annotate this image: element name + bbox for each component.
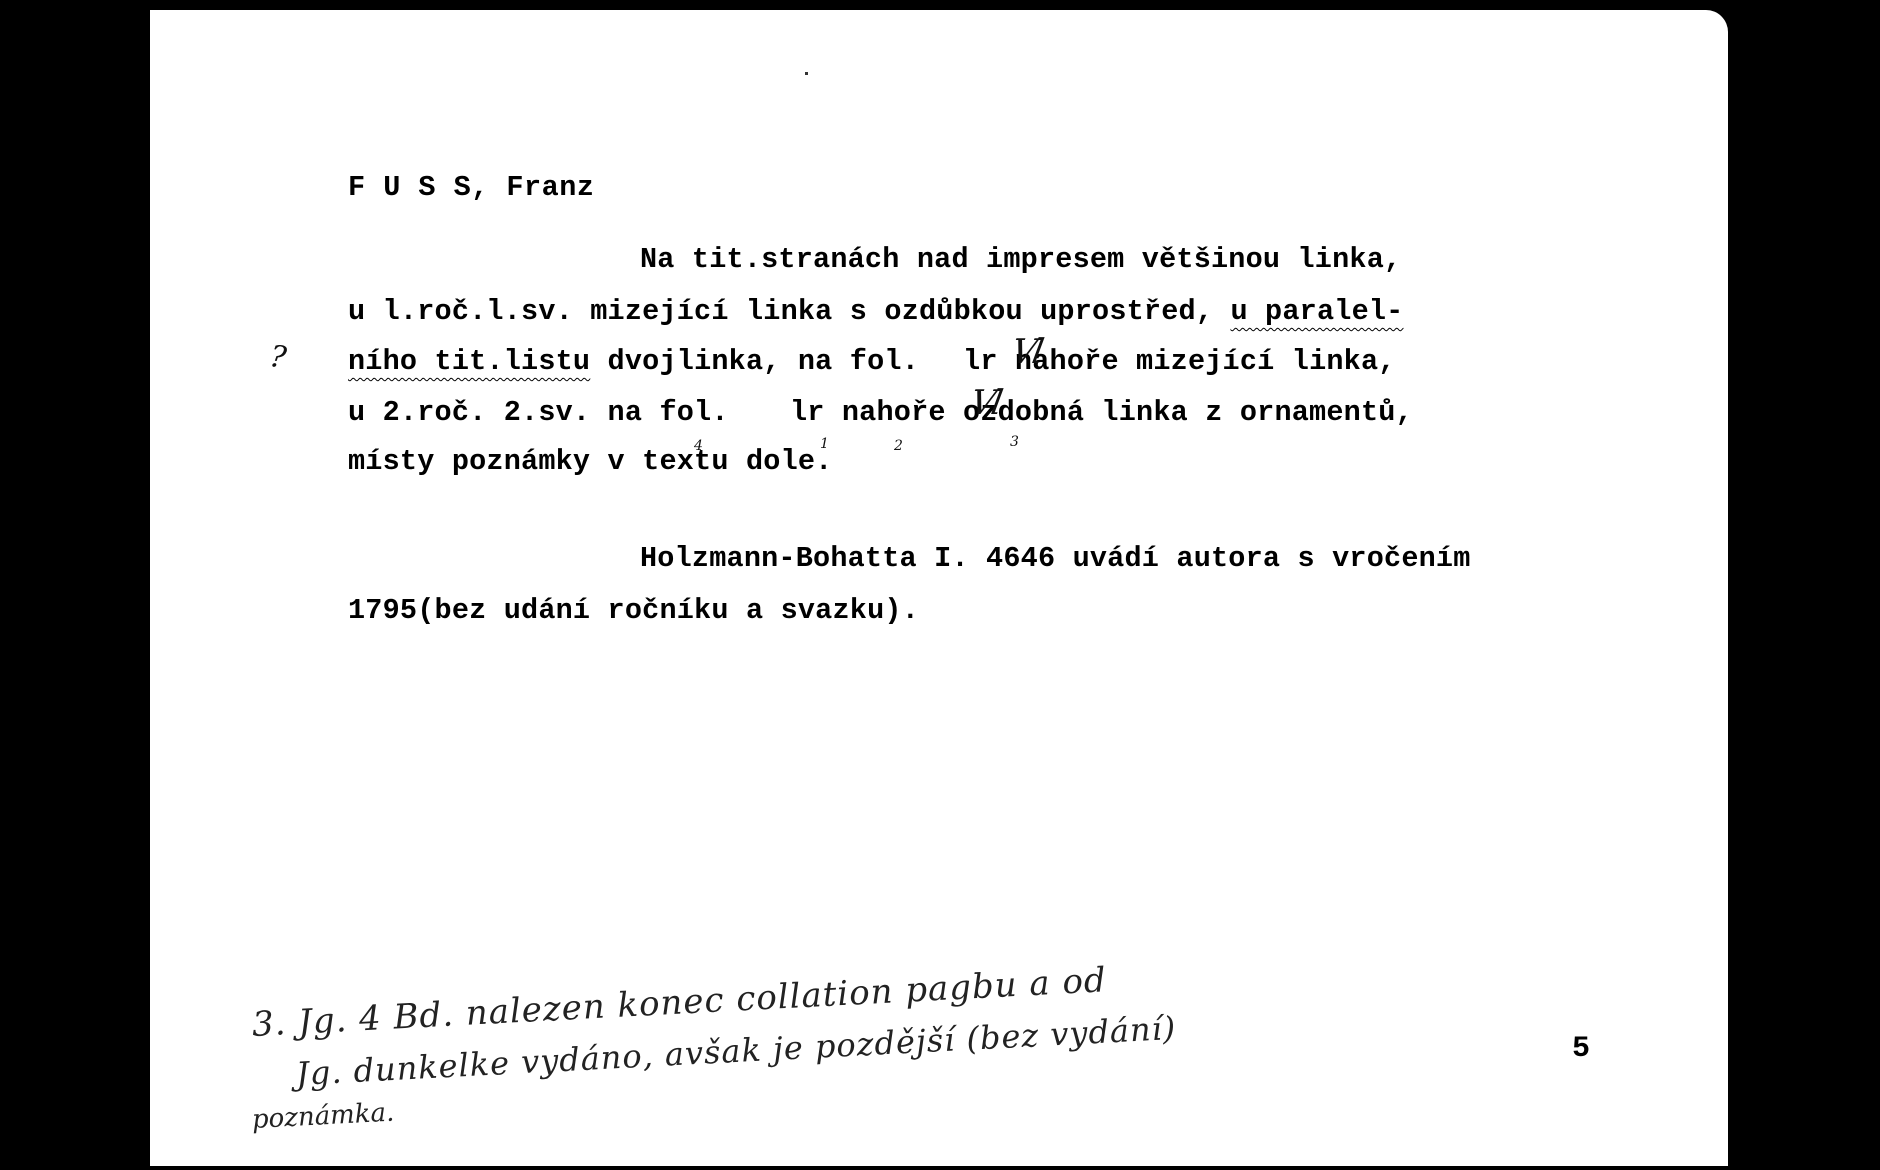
catalog-card: F U S S, Franz Na tit.stranách nad impre… [150,10,1728,1166]
paragraph1-line4-tail: lr nahoře ozdobná linka z ornamentů, [773,396,1413,429]
handwritten-note-line3: poznámka. [251,1098,395,1135]
wavy-underlined-text: u paralel- [1230,295,1403,328]
handwritten-question-mark: ? [268,339,289,376]
paragraph1-line4: u 2.roč. 2.sv. na fol. lr nahoře ozdobná… [348,399,1413,428]
paragraph1-line2-text: u l.roč.l.sv. mizející linka s ozdůbkou … [348,295,1230,328]
paragraph1-line5: místy poznámky v textu dole. [348,448,832,477]
paragraph1-line2: u l.roč.l.sv. mizející linka s ozdůbkou … [348,298,1403,327]
handwritten-order-number: 4 [694,438,703,454]
page-number: 5 [1572,1032,1590,1066]
paragraph1-line3-text: dvojlinka, na fol. [590,345,919,378]
handwritten-order-number: 2 [894,438,903,454]
paragraph2-line2: 1795(bez udání ročníku a svazku). [348,597,919,626]
card-heading-author: F U S S, Franz [348,174,594,203]
paragraph2-line1: Holzmann-Bohatta I. 4646 uvádí autora s … [640,545,1471,574]
handwritten-order-number: 1 [820,436,829,452]
handwritten-order-number: 3 [1010,434,1019,450]
paragraph1-line4-text: u 2.roč. 2.sv. na fol. [348,396,729,429]
paper-speck [805,72,808,75]
wavy-underlined-text: ního tit.listu [348,345,590,378]
paragraph1-line1: Na tit.stranách nad impresem většinou li… [640,246,1401,275]
paragraph1-line3: ního tit.listu dvojlinka, na fol.lr naho… [348,348,1396,377]
